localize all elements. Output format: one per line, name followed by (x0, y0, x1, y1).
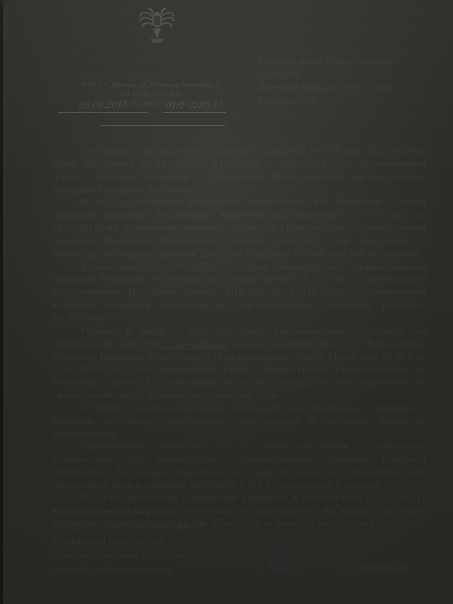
photo-corner-smudge (0, 0, 10, 9)
executor-note: исп. Асеев Е.В. (38, 585, 73, 590)
body-paragraph: В ходе рассмотрения обращения, установле… (52, 197, 426, 261)
reference-number-label: на № (73, 114, 95, 124)
recipient-line: Главному врачу Первого военного (258, 55, 438, 68)
body-paragraph: Генеральной прокуратурой Донецкой Народн… (52, 146, 426, 197)
org-name-line1: Генеральная прокуратура (45, 46, 257, 60)
handwritten-number: 01/1-2285-15 (165, 100, 224, 111)
body-paragraph: Одновременно разъясняю, что в случае нес… (52, 441, 426, 492)
handwritten-signature-scribble (205, 520, 350, 604)
signature-position-line: Начальник управления (52, 506, 262, 520)
org-name-line2: Донецкой Народной Республики (45, 60, 257, 74)
reference-number-field (100, 113, 225, 126)
outgoing-number-field: 01/1-2285-15 (163, 100, 226, 113)
photo-left-edge (0, 0, 3, 604)
letterhead: Генеральная прокуратура Донецкой Народно… (45, 2, 257, 107)
number-sign-label: № (151, 102, 161, 112)
recipient-line: госпиталя (258, 68, 438, 81)
body-paragraph: Установлено, что 29.04.2015 в адрес Мини… (52, 262, 426, 326)
dnr-coat-of-arms-icon (138, 2, 176, 45)
document-photo: Генеральная прокуратура Донецкой Народно… (0, 0, 453, 604)
body-paragraph: В связи с вышеизложенным, оснований для … (52, 403, 426, 442)
signer-name: Г.В. Жеребченко (340, 563, 450, 574)
body-paragraph: Однако, в связи с тем, что текст Постано… (52, 326, 426, 403)
document-url-link: http://dnr-online.ru (146, 339, 226, 350)
handwritten-date: 05.08.2015 (78, 100, 128, 111)
letter-body: Генеральной прокуратурой Донецкой Народн… (52, 146, 426, 531)
recipient-block: Главному врачу Первого военного госпитал… (258, 55, 438, 108)
date-field: 05.08.2015 (58, 100, 148, 113)
recipient-line: Донецкой Народной Республики (258, 81, 438, 94)
recipient-name: Баркалову С.В. (258, 95, 438, 108)
